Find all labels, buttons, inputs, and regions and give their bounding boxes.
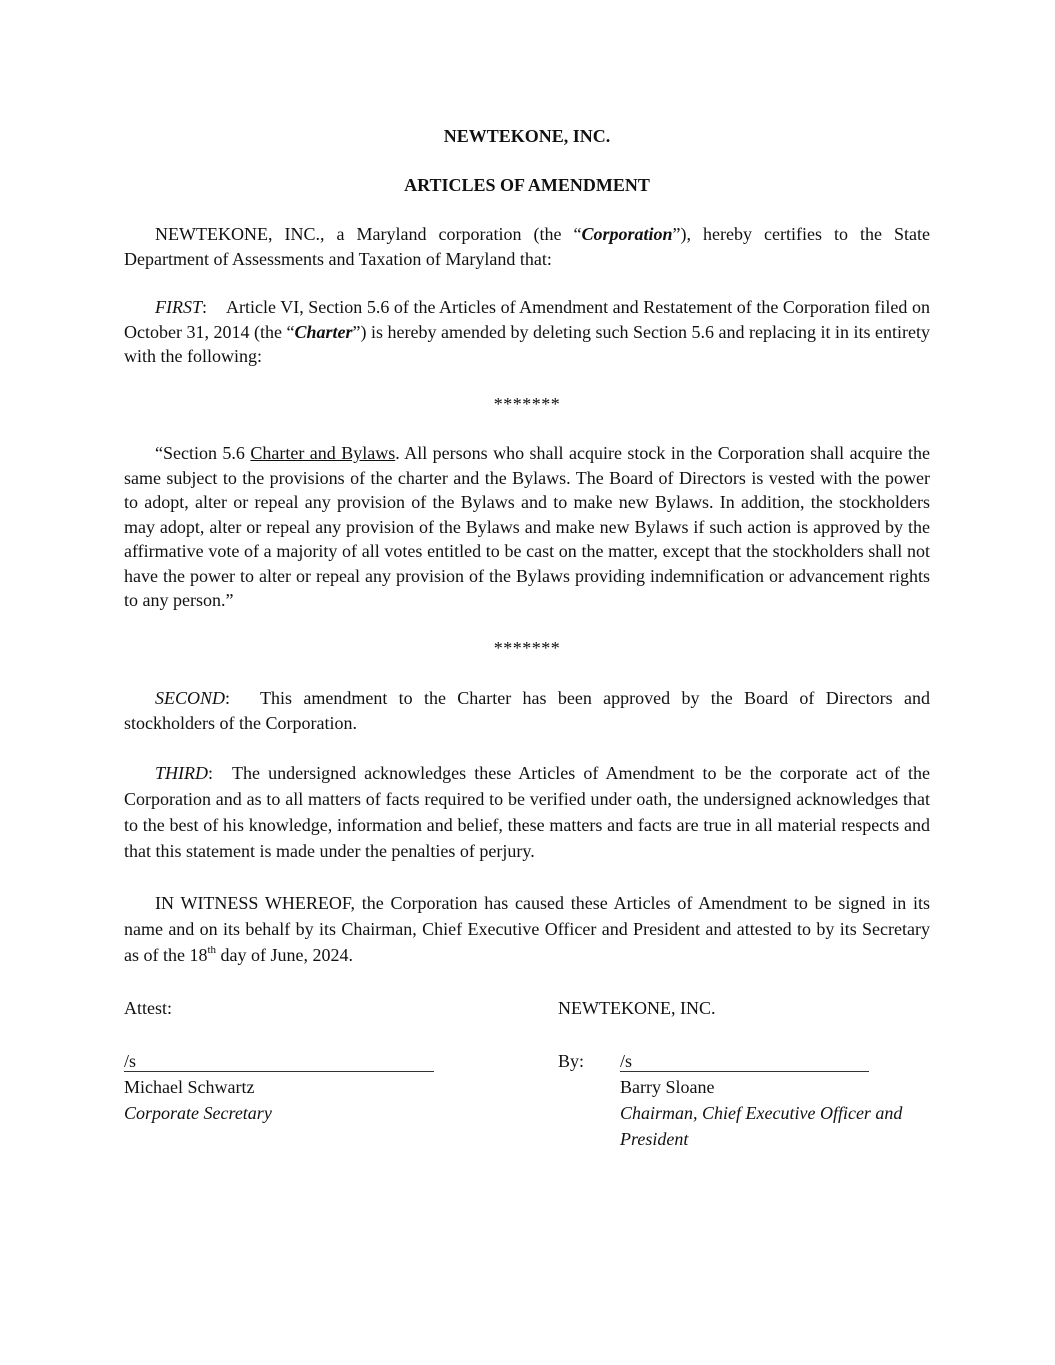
- section-lead: “Section 5.6: [155, 443, 250, 463]
- attest-label: Attest:: [124, 995, 172, 1021]
- first-paragraph: FIRST:Article VI, Section 5.6 of the Art…: [124, 295, 930, 369]
- second-label: SECOND: [155, 688, 225, 708]
- attest-signer-name: Michael Schwartz: [124, 1074, 254, 1100]
- separator-bottom: *******: [124, 637, 930, 659]
- defined-term-corporation: Corporation: [581, 224, 672, 244]
- defined-term-charter: Charter: [295, 322, 353, 342]
- section-5-6-paragraph: “Section 5.6 Charter and Bylaws. All per…: [124, 441, 930, 613]
- ordinal-suffix: th: [207, 944, 216, 956]
- section-caption: Charter and Bylaws: [250, 443, 395, 463]
- attest-signature-line: /s: [124, 1051, 434, 1072]
- third-label: THIRD: [155, 763, 208, 783]
- separator-top: *******: [124, 393, 930, 415]
- witness-text-b: day of June, 2024.: [216, 945, 353, 965]
- attest-signature: /s: [124, 1051, 136, 1071]
- signing-company-label: NEWTEKONE, INC.: [558, 995, 715, 1021]
- section-body: . All persons who shall acquire stock in…: [124, 443, 930, 610]
- officer-signature-line: /s: [620, 1051, 869, 1072]
- intro-paragraph: NEWTEKONE, INC., a Maryland corporation …: [124, 222, 930, 271]
- officer-name: Barry Sloane: [620, 1074, 714, 1100]
- attest-signature-block: /s: [124, 1048, 434, 1074]
- officer-signature: /s: [620, 1051, 632, 1071]
- by-label: By:: [558, 1048, 584, 1074]
- third-colon: :: [208, 763, 213, 783]
- document-title: ARTICLES OF AMENDMENT: [124, 174, 930, 196]
- company-heading: NEWTEKONE, INC.: [124, 125, 930, 147]
- third-paragraph: THIRD:The undersigned acknowledges these…: [124, 760, 930, 864]
- intro-lead: NEWTEKONE, INC., a Maryland corporation …: [155, 224, 581, 244]
- second-paragraph: SECOND:This amendment to the Charter has…: [124, 686, 930, 735]
- first-label: FIRST: [155, 297, 202, 317]
- officer-title-line-2: President: [620, 1126, 688, 1152]
- second-colon: :: [225, 688, 230, 708]
- officer-signature-block: /s: [620, 1048, 869, 1074]
- third-text: The undersigned acknowledges these Artic…: [124, 763, 930, 861]
- officer-title-line-1: Chairman, Chief Executive Officer and: [620, 1100, 902, 1126]
- attest-signer-title: Corporate Secretary: [124, 1100, 272, 1126]
- first-colon: :: [202, 297, 207, 317]
- second-text: This amendment to the Charter has been a…: [124, 688, 930, 733]
- witness-paragraph: IN WITNESS WHEREOF, the Corporation has …: [124, 890, 930, 968]
